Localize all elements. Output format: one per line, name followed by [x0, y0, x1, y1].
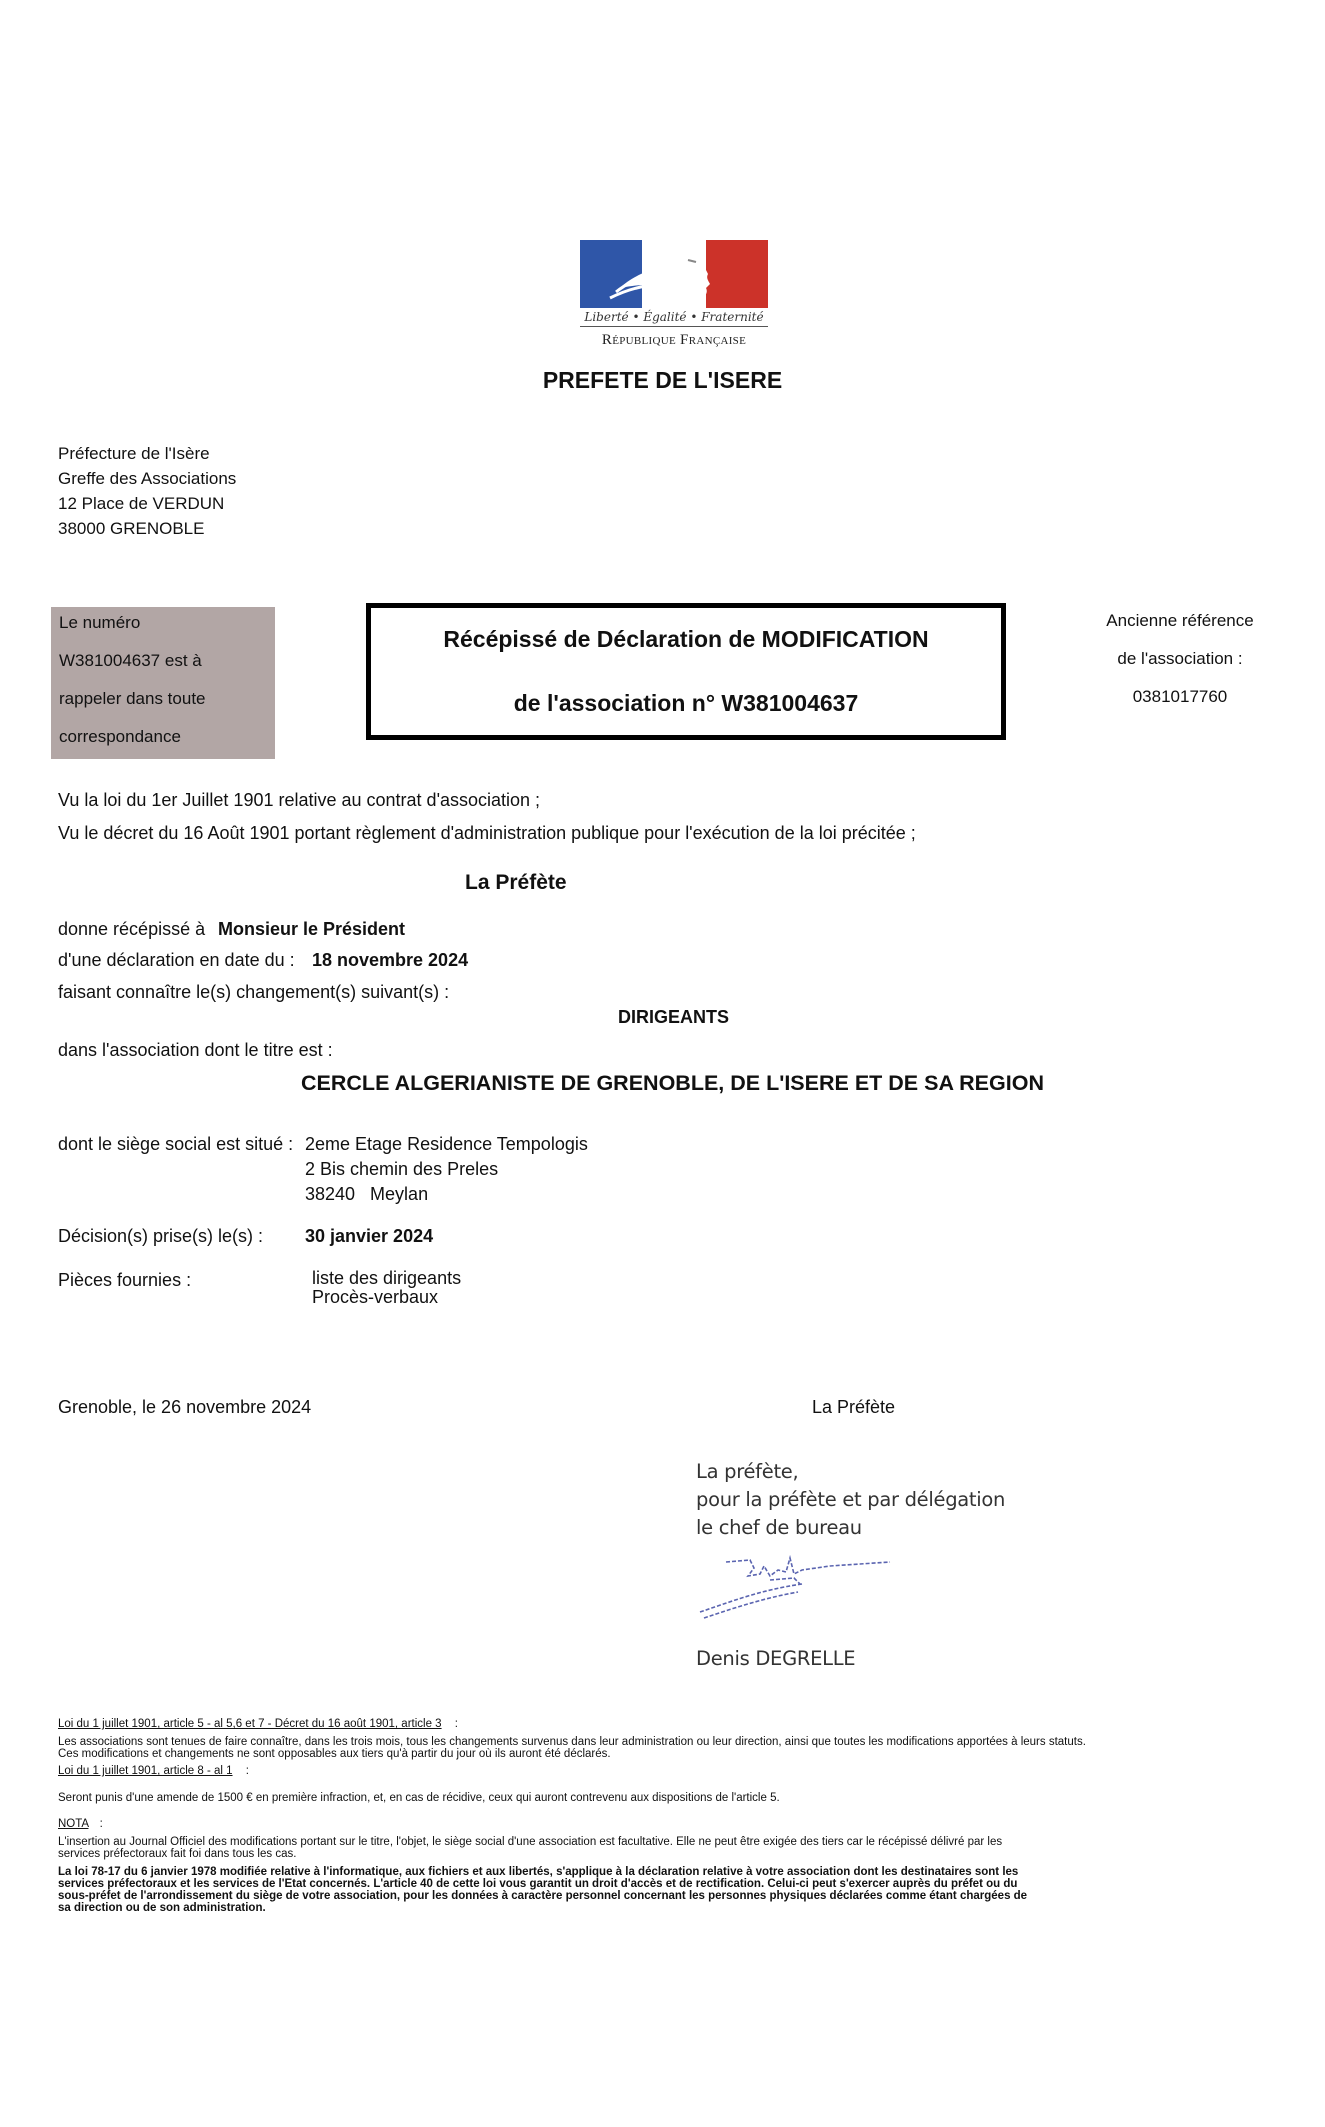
- sender-line: Greffe des Associations: [58, 466, 236, 491]
- receipt-title-box: Récépissé de Déclaration de MODIFICATION…: [366, 603, 1006, 740]
- decision-label: Décision(s) prise(s) le(s) :: [58, 1224, 263, 1249]
- cnil-notice: La loi 78-17 du 6 janvier 1978 modifiée …: [58, 1866, 1258, 1914]
- signature-line: pour la préfète et par délégation: [696, 1488, 1005, 1511]
- cnil-line: sous-préfet de l'arrondissement du siège…: [58, 1890, 1258, 1902]
- old-ref-label: Ancienne référence: [1080, 611, 1280, 631]
- changes-label: faisant connaître le(s) changement(s) su…: [58, 980, 449, 1005]
- seat-label: dont le siège social est situé :: [58, 1132, 293, 1157]
- sender-line: 38000 GRENOBLE: [58, 516, 236, 541]
- preamble-line: Vu le décret du 16 Août 1901 portant règ…: [58, 821, 916, 846]
- declaration-date: 18 novembre 2024: [312, 948, 468, 973]
- republic-name: République Française: [580, 332, 768, 349]
- footnote-colon: :: [455, 1718, 458, 1730]
- signature-line: le chef de bureau: [696, 1516, 862, 1539]
- preamble-line: Vu la loi du 1er Juillet 1901 relative a…: [58, 788, 540, 813]
- ref-line: rappeler dans toute: [59, 689, 206, 709]
- signatory-name: Denis DEGRELLE: [696, 1647, 855, 1670]
- authority-heading: La Préfète: [465, 871, 567, 895]
- nota-label: NOTA: [58, 1818, 88, 1830]
- cnil-line: services préfectoraux et les services de…: [58, 1878, 1258, 1890]
- ref-line: correspondance: [59, 727, 181, 747]
- title-label: dans l'association dont le titre est :: [58, 1038, 333, 1063]
- decision-date: 30 janvier 2024: [305, 1224, 433, 1249]
- seat-line: 38240 Meylan: [305, 1182, 428, 1207]
- footnote-law-reference: Loi du 1 juillet 1901, article 8 - al 1: [58, 1765, 233, 1777]
- sender-line: Préfecture de l'Isère: [58, 441, 236, 466]
- signature-block: La préfète, pour la préfète et par délég…: [690, 1440, 1050, 1690]
- footnote-colon: :: [246, 1765, 249, 1777]
- piece-item: liste des dirigeants: [312, 1269, 461, 1288]
- receipt-title: Récépissé de Déclaration de MODIFICATION: [371, 626, 1001, 653]
- nota-text: L'insertion au Journal Officiel des modi…: [58, 1836, 1002, 1848]
- footnote-colon: :: [100, 1818, 103, 1830]
- cnil-line: La loi 78-17 du 6 janvier 1978 modifiée …: [58, 1866, 1258, 1878]
- recipient-value: Monsieur le Président: [218, 917, 405, 942]
- nota-text: services préfectoraux fait foi dans tous…: [58, 1848, 296, 1860]
- seat-line: 2 Bis chemin des Preles: [305, 1157, 498, 1182]
- footnote-text: Seront punis d'une amende de 1500 € en p…: [58, 1792, 780, 1804]
- sender-line: 12 Place de VERDUN: [58, 491, 236, 516]
- old-ref-value: 0381017760: [1080, 687, 1280, 707]
- republique-francaise-logo: Liberté • Égalité • Fraternité Républiqu…: [580, 240, 768, 352]
- footnote-law-reference: Loi du 1 juillet 1901, article 5 - al 5,…: [58, 1718, 442, 1730]
- old-ref-label: de l'association :: [1080, 649, 1280, 669]
- signature-line: La préfète,: [696, 1460, 798, 1483]
- republic-motto: Liberté • Égalité • Fraternité: [580, 310, 768, 327]
- pieces-label: Pièces fournies :: [58, 1268, 191, 1293]
- signatory-title: La Préfète: [812, 1395, 895, 1420]
- handwritten-signature-icon: [690, 1540, 950, 1630]
- cnil-line: sa direction ou de son administration.: [58, 1902, 1258, 1914]
- association-number: de l'association n° W381004637: [371, 690, 1001, 717]
- footnote-text: Ces modifications et changements ne sont…: [58, 1748, 611, 1760]
- ref-line: W381004637 est à: [59, 651, 202, 671]
- declaration-label: d'une déclaration en date du :: [58, 948, 295, 973]
- changes-value: DIRIGEANTS: [618, 1005, 729, 1030]
- piece-item: Procès-verbaux: [312, 1288, 461, 1307]
- seat-line: 2eme Etage Residence Tempologis: [305, 1132, 588, 1157]
- page-title: PREFETE DE L'ISERE: [0, 367, 1325, 394]
- ref-line: Le numéro: [59, 613, 140, 633]
- place-date: Grenoble, le 26 novembre 2024: [58, 1395, 311, 1420]
- pieces-list: liste des dirigeants Procès-verbaux: [312, 1269, 461, 1307]
- footnote-text: Les associations sont tenues de faire co…: [58, 1736, 1086, 1748]
- sender-address: Préfecture de l'Isère Greffe des Associa…: [58, 441, 236, 541]
- recipient-label: donne récépissé à: [58, 917, 205, 942]
- association-name: CERCLE ALGERIANISTE DE GRENOBLE, DE L'IS…: [0, 1071, 1325, 1096]
- marianne-profile-icon: [580, 240, 768, 308]
- reference-reminder-box: Le numéro W381004637 est à rappeler dans…: [51, 607, 275, 759]
